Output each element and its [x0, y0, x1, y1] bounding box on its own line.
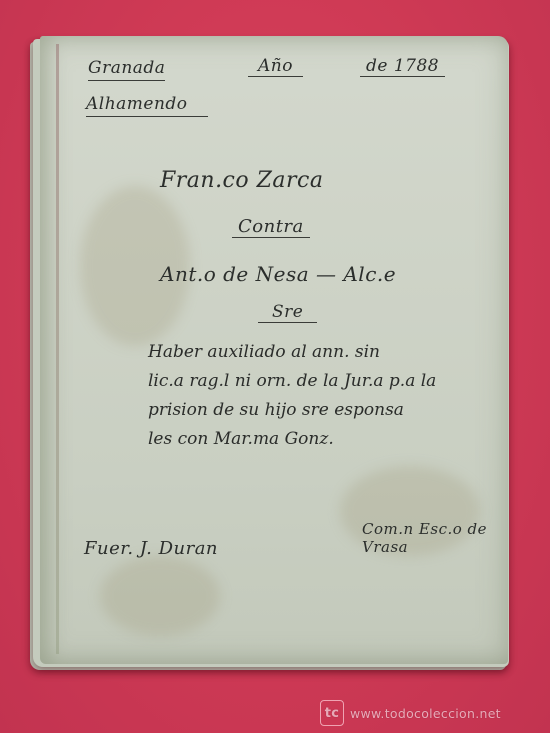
contra-label: Contra: [232, 216, 310, 238]
plaintiff-name: Fran.co Zarca: [160, 168, 323, 193]
paper-stain: [100, 556, 220, 636]
watermark: tc www.todocoleccion.net: [320, 700, 501, 726]
manuscript-page: Granada Alhamendo Año de 1788 Fran.co Za…: [40, 36, 508, 664]
todocoleccion-logo-icon: tc: [320, 700, 344, 726]
header-year-value: de 1788: [360, 56, 445, 77]
manuscript-stack: Granada Alhamendo Año de 1788 Fran.co Za…: [30, 36, 512, 672]
header-left-line1: Granada: [88, 58, 165, 81]
document-body: Haber auxiliado al ann. sin lic.a rag.l …: [148, 338, 498, 454]
header-year-label: Año: [248, 56, 303, 77]
body-line: lic.a rag.l ni orn. de la Jur.a p.a la: [148, 367, 498, 396]
header-left-line2: Alhamendo: [86, 94, 208, 117]
body-line: Haber auxiliado al ann. sin: [148, 338, 498, 367]
body-line: prision de su hijo sre esponsa: [148, 396, 498, 425]
body-line: les con Mar.ma Gonz.: [148, 425, 498, 454]
defendant-name: Ant.o de Nesa — Alc.e: [160, 262, 396, 286]
watermark-url: www.todocoleccion.net: [350, 706, 501, 721]
signature-left: Fuer. J. Duran: [84, 538, 218, 559]
signature-right: Com.n Esc.o de Vrasa: [362, 520, 492, 556]
subject-label: Sre: [258, 302, 317, 323]
